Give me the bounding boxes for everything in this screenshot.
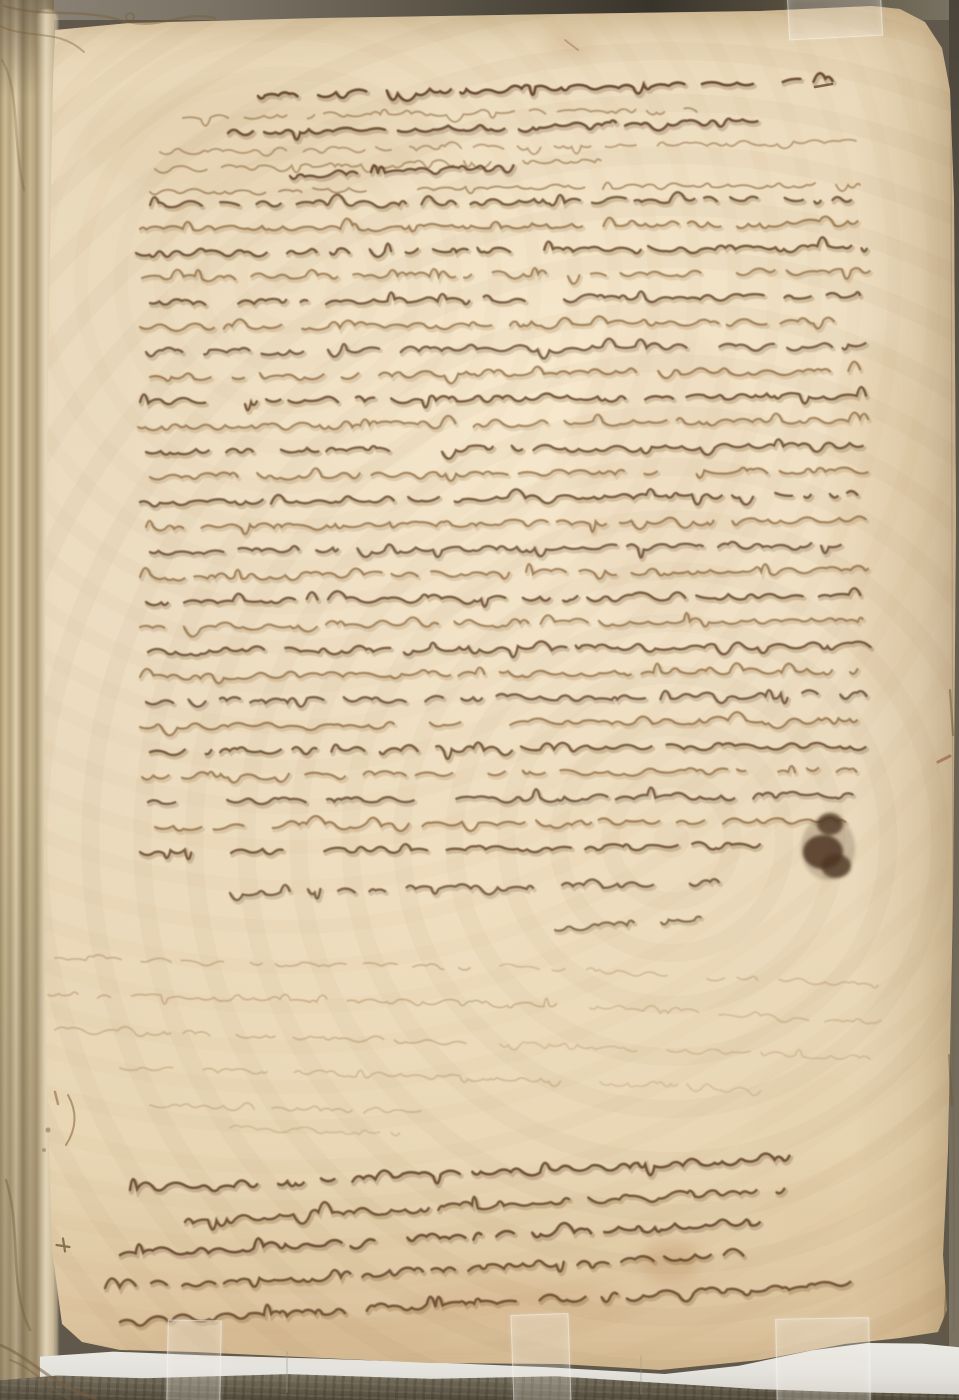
manuscript-page (0, 0, 959, 1400)
paper-texture (0, 0, 959, 1400)
manuscript-photo (0, 0, 959, 1400)
tape-bottom-left (166, 1320, 221, 1400)
tape-bottom-center (510, 1313, 571, 1400)
tape-top-right (787, 0, 883, 40)
tape-bottom-right (775, 1317, 871, 1400)
